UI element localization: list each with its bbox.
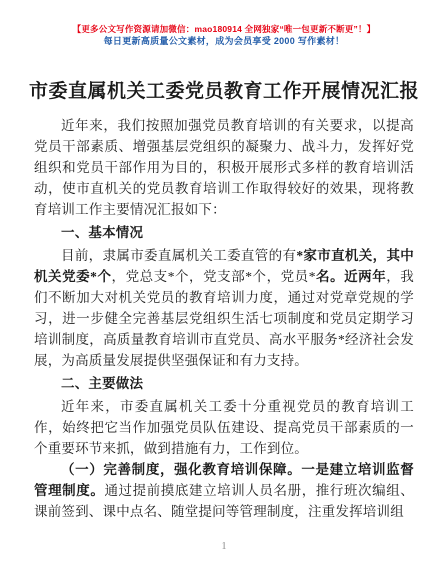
promo-line-red: 【更多公文写作资源请加微信：mao180914 全网独家“唯一包更新不断更”！】 bbox=[0, 24, 448, 35]
document-body: 近年来，我们按照加强党员教育培训的有关要求，以提高党员干部素质、增强基层党组织的… bbox=[0, 115, 448, 522]
document-page: 【更多公文写作资源请加微信：mao180914 全网独家“唯一包更新不断更”！】… bbox=[0, 0, 448, 580]
promo-notice: 【更多公文写作资源请加微信：mao180914 全网独家“唯一包更新不断更”！】… bbox=[0, 24, 448, 48]
basic-info-bold-2: 名。近两年 bbox=[316, 269, 387, 284]
document-title: 市委直属机关工委党员教育工作开展情况汇报 bbox=[20, 80, 428, 104]
paragraph-measure-one: （一）完善制度，强化教育培训保障。一是建立培训监督管理制度。通过提前摸底建立培训… bbox=[34, 459, 414, 522]
paragraph-basic-info: 目前，隶属市委直属机关工委直管的有*家市直机关，其中机关党委*个，党总支*个，党… bbox=[34, 245, 414, 371]
basic-info-text-1: 目前，隶属市委直属机关工委直管的有 bbox=[61, 248, 296, 263]
paragraph-methods-intro: 近年来，市委直属机关工委十分重视党员的教育培训工作，始终把它当作加强党员队伍建设… bbox=[34, 396, 414, 459]
page-number: 1 bbox=[0, 541, 448, 552]
section-heading-basic-info: 一、基本情况 bbox=[34, 222, 414, 243]
section-heading-main-methods: 二、主要做法 bbox=[34, 373, 414, 394]
basic-info-text-2: ，党总支*个，党支部*个，党员* bbox=[112, 269, 316, 284]
promo-line-blue: 每日更新高质量公文素材，成为会员享受 2000 写作素材！ bbox=[0, 35, 448, 48]
paragraph-intro: 近年来，我们按照加强党员教育培训的有关要求，以提高党员干部素质、增强基层党组织的… bbox=[34, 115, 414, 220]
